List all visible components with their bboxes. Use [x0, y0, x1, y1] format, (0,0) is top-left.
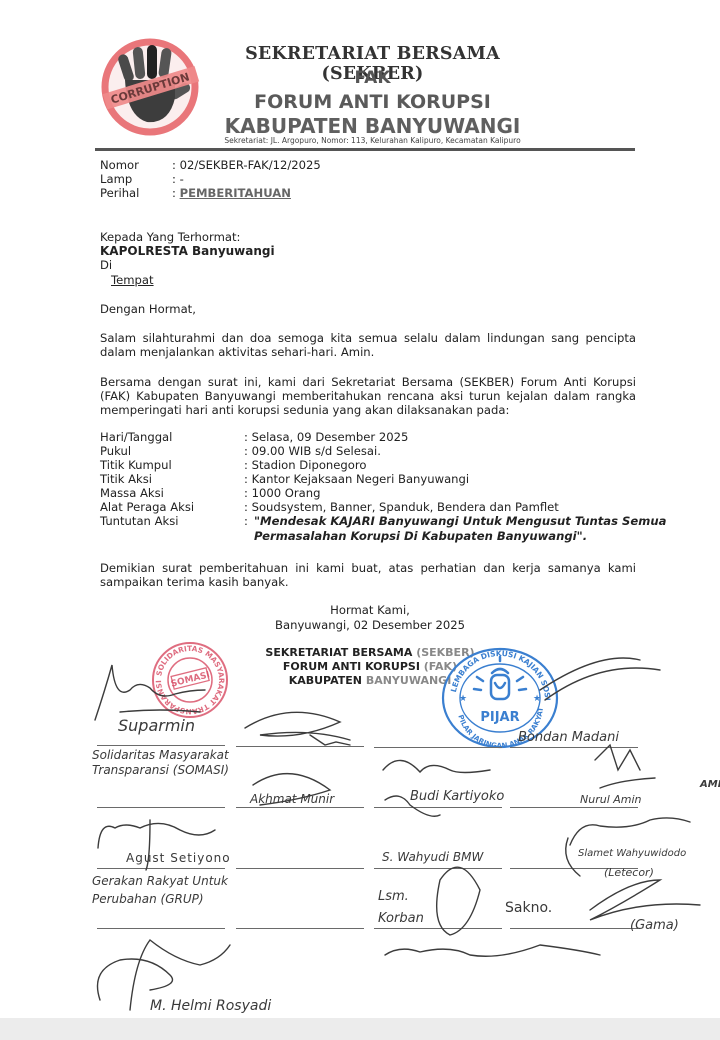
detail-value-time: : 09.00 WIB s/d Selesai. — [244, 444, 381, 458]
svg-text:PIJAR: PIJAR — [480, 710, 519, 725]
signature-name-suparmin: Suparmin — [118, 716, 195, 735]
recipient-place: Tempat — [111, 273, 154, 287]
recipient-name: KAPOLRESTA Banyuwangi — [100, 244, 275, 258]
signature-line — [510, 747, 638, 748]
detail-value-gathering-point: : Stadion Diponegoro — [244, 458, 366, 472]
letterhead-address: Sekretariat: JL. Argopuro, Nomor: 113, K… — [205, 136, 540, 145]
signature-name-bondan-madani: Bondan Madani — [518, 730, 619, 745]
detail-value-mass: : 1000 Orang — [244, 486, 321, 500]
place-date: Banyuwangi, 02 Desember 2025 — [0, 618, 720, 632]
org-line3: KABUPATEN BANYUWANGI — [0, 674, 720, 688]
signature-name-agust-setiyono: Agust Setiyono — [126, 851, 231, 865]
recipient-di: Di — [100, 258, 112, 272]
signature-name-nurul-amin: Nurul Amin — [580, 793, 642, 806]
signature-line — [236, 746, 364, 747]
org-line2: FORUM ANTI KORUPSI (FAK) — [0, 660, 720, 674]
detail-value-date: : Selasa, 09 Desember 2025 — [244, 430, 408, 444]
paragraph-greeting: Salam silahturahmi dan doa semoga kita s… — [100, 331, 636, 359]
svg-text:★: ★ — [533, 694, 541, 704]
paragraph-closing: Demikian surat pemberitahuan ini kami bu… — [100, 561, 636, 589]
signature-line — [236, 928, 364, 929]
letter-page: CORRUPTION SEKRETARIAT BERSAMA (SEKBER) … — [0, 0, 720, 1018]
letterhead-divider — [95, 148, 635, 151]
anti-corruption-logo: CORRUPTION — [97, 36, 203, 138]
detail-value-props: : Soudsystem, Banner, Spanduk, Bendera d… — [244, 500, 559, 514]
paragraph-intro: Bersama dengan surat ini, kami dari Sekr… — [100, 375, 636, 417]
letterhead-line2: FAK — [205, 68, 540, 88]
signature-name-slamet: Slamet Wahyuwidodo — [578, 848, 686, 859]
meta-label-lamp: Lamp — [100, 172, 132, 186]
detail-label-mass: Massa Aksi — [100, 486, 164, 500]
regards: Hormat Kami, — [0, 603, 720, 617]
signature-org-somasi: Solidaritas Masyarakat Transparansi (SOM… — [92, 748, 242, 778]
signature-note-amp: AMP — [700, 779, 720, 790]
letterhead-line4: KABUPATEN BANYUWANGI — [205, 114, 540, 138]
signature-line — [374, 747, 502, 748]
detail-label-props: Alat Peraga Aksi — [100, 500, 194, 514]
signature-line — [236, 807, 364, 808]
signature-name-helmi-rosyadi: M. Helmi Rosyadi — [150, 998, 271, 1014]
signature-name-s-wahyudi: S. Wahyudi BMW — [382, 850, 483, 864]
signature-name-sakno: Sakno. — [505, 900, 552, 916]
meta-value-nomor: : 02/SEKBER-FAK/12/2025 — [172, 158, 321, 172]
signature-name-budi-kartiyoko: Budi Kartiyoko — [410, 789, 504, 804]
signature-name-lsm-korban: Lsm. Korban — [378, 886, 448, 930]
detail-label-time: Pukul — [100, 444, 131, 458]
detail-value-demands-line2: Permasalahan Korupsi Di Kabupaten Banyuw… — [254, 529, 587, 543]
detail-value-demands-line1: "Mendesak KAJARI Banyuwangi Untuk Mengus… — [254, 514, 666, 528]
signature-line — [510, 807, 638, 808]
detail-value-action-point: : Kantor Kejaksaan Negeri Banyuwangi — [244, 472, 469, 486]
recipient-greeting: Kepada Yang Terhormat: — [100, 230, 240, 244]
signature-name-akhmat-munir: Akhmat Munir — [250, 792, 334, 806]
detail-label-gathering-point: Titik Kumpul — [100, 458, 172, 472]
signature-line — [97, 807, 225, 808]
signature-line — [374, 807, 502, 808]
signature-line — [510, 928, 638, 929]
signature-line — [236, 868, 364, 869]
meta-value-lamp: : - — [172, 172, 184, 186]
signature-line — [97, 868, 225, 869]
org-line1: SEKRETARIAT BERSAMA (SEKBER) — [0, 646, 720, 660]
signature-org-letecor: (Letecor) — [604, 866, 654, 879]
detail-label-date: Hari/Tanggal — [100, 430, 172, 444]
detail-label-action-point: Titik Aksi — [100, 472, 152, 486]
detail-label-demands: Tuntutan Aksi — [100, 514, 179, 528]
salutation: Dengan Hormat, — [100, 302, 196, 316]
signature-line — [97, 928, 225, 929]
svg-text:SOMASI: SOMASI — [170, 670, 211, 689]
signature-line — [97, 745, 225, 746]
letterhead-line3: FORUM ANTI KORUPSI — [205, 91, 540, 113]
signature-name-gama: (Gama) — [630, 918, 679, 933]
meta-value-perihal: : PEMBERITAHUAN — [172, 186, 291, 200]
meta-label-nomor: Nomor — [100, 158, 139, 172]
meta-label-perihal: Perihal — [100, 186, 139, 200]
somasi-stamp: SOLIDARITAS MASYARAKAT TRANSPARANSI SOMA… — [150, 640, 230, 720]
svg-text:★: ★ — [459, 694, 467, 704]
detail-value-demands-colon: : — [244, 514, 248, 528]
signature-org-grup: Gerakan Rakyat Untuk Perubahan (GRUP) — [92, 872, 242, 908]
signature-line — [374, 868, 502, 869]
